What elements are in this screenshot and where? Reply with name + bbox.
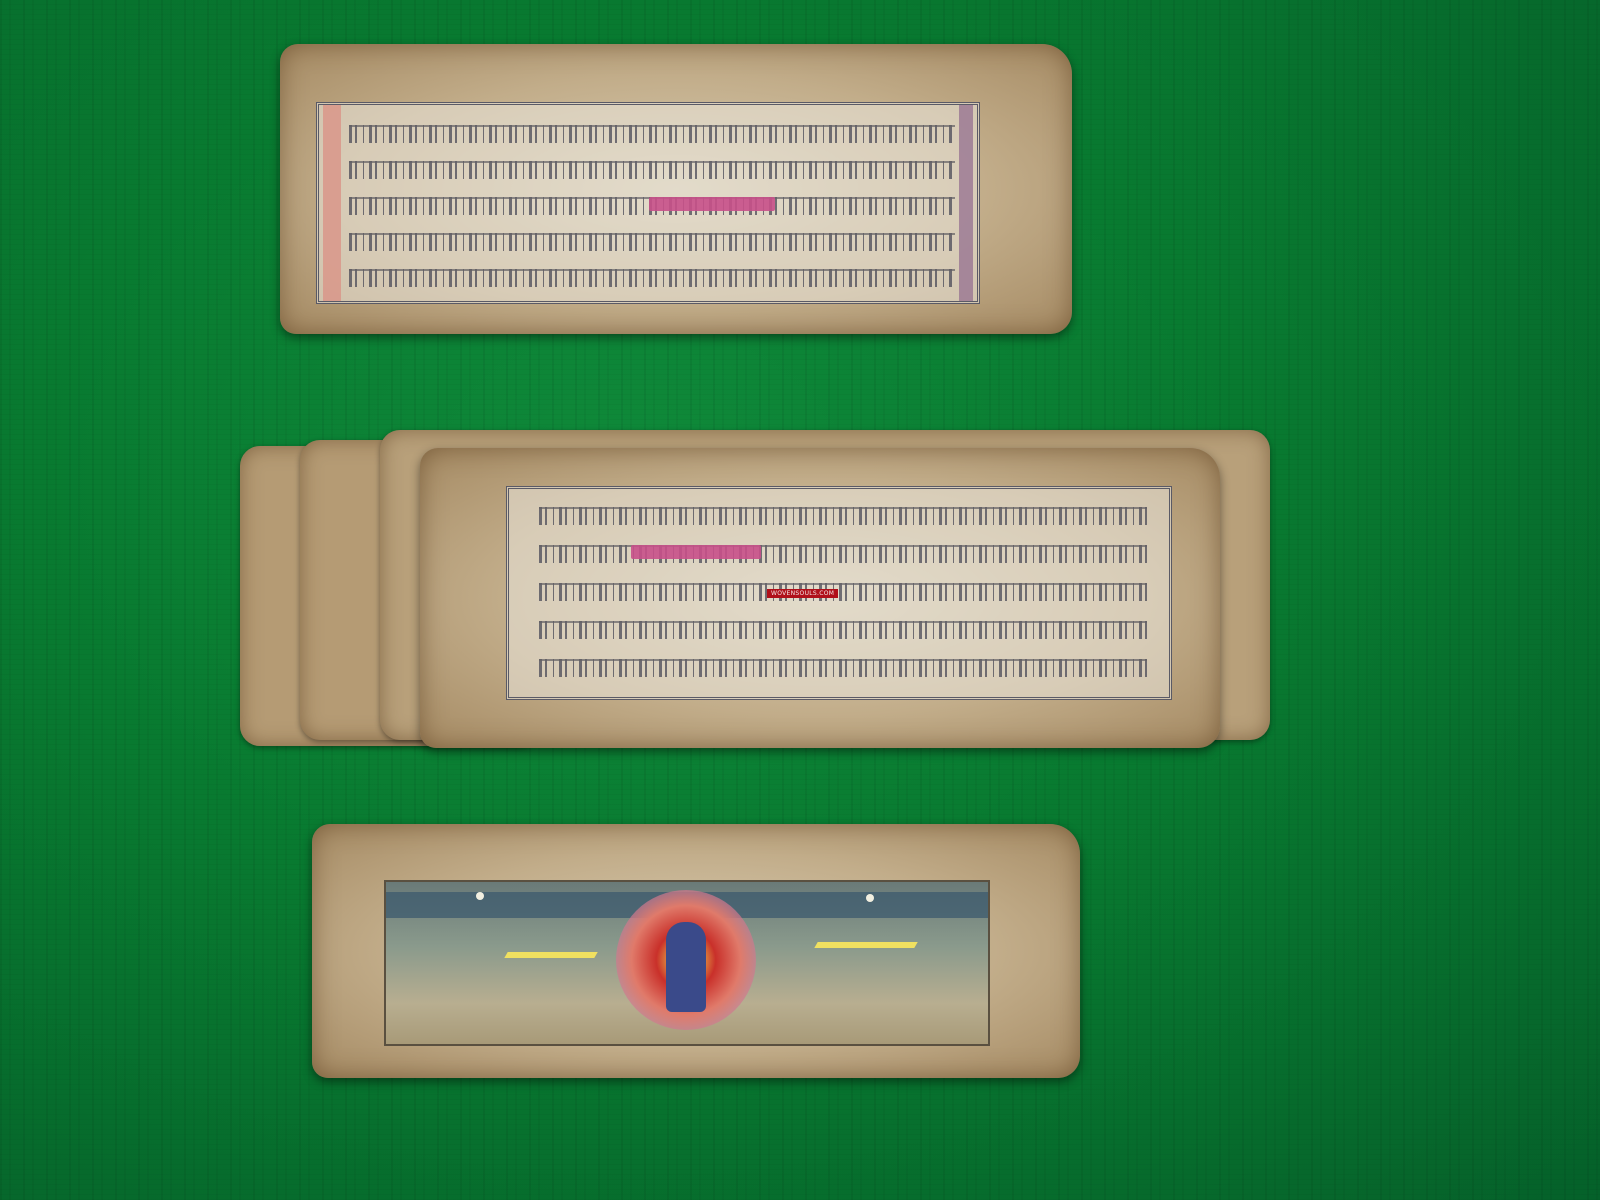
script-line — [349, 155, 955, 181]
right-margin-bar — [959, 105, 973, 301]
sun-icon — [866, 894, 874, 902]
moon-icon — [476, 892, 484, 900]
watermark: WOVENSOULS.COM — [767, 589, 838, 598]
script-line — [539, 653, 1147, 679]
script-line — [539, 615, 1147, 641]
top-folio — [280, 44, 1072, 334]
wrathful-deity — [666, 922, 706, 1012]
middle-folio-text-frame: WOVENSOULS.COM — [506, 486, 1172, 700]
script-line — [349, 227, 955, 253]
rubric-highlight — [649, 197, 775, 211]
script-line — [539, 577, 1147, 603]
lightning-bolt — [814, 942, 917, 948]
script-line — [349, 263, 955, 289]
script-line — [539, 501, 1147, 527]
middle-folio-top-page: WOVENSOULS.COM — [420, 448, 1220, 748]
illuminated-painting — [384, 880, 990, 1046]
lightning-bolt — [504, 952, 597, 958]
rubric-highlight — [631, 545, 761, 559]
top-folio-text-frame — [316, 102, 980, 304]
left-margin-bar — [323, 105, 341, 301]
script-line — [349, 119, 955, 145]
